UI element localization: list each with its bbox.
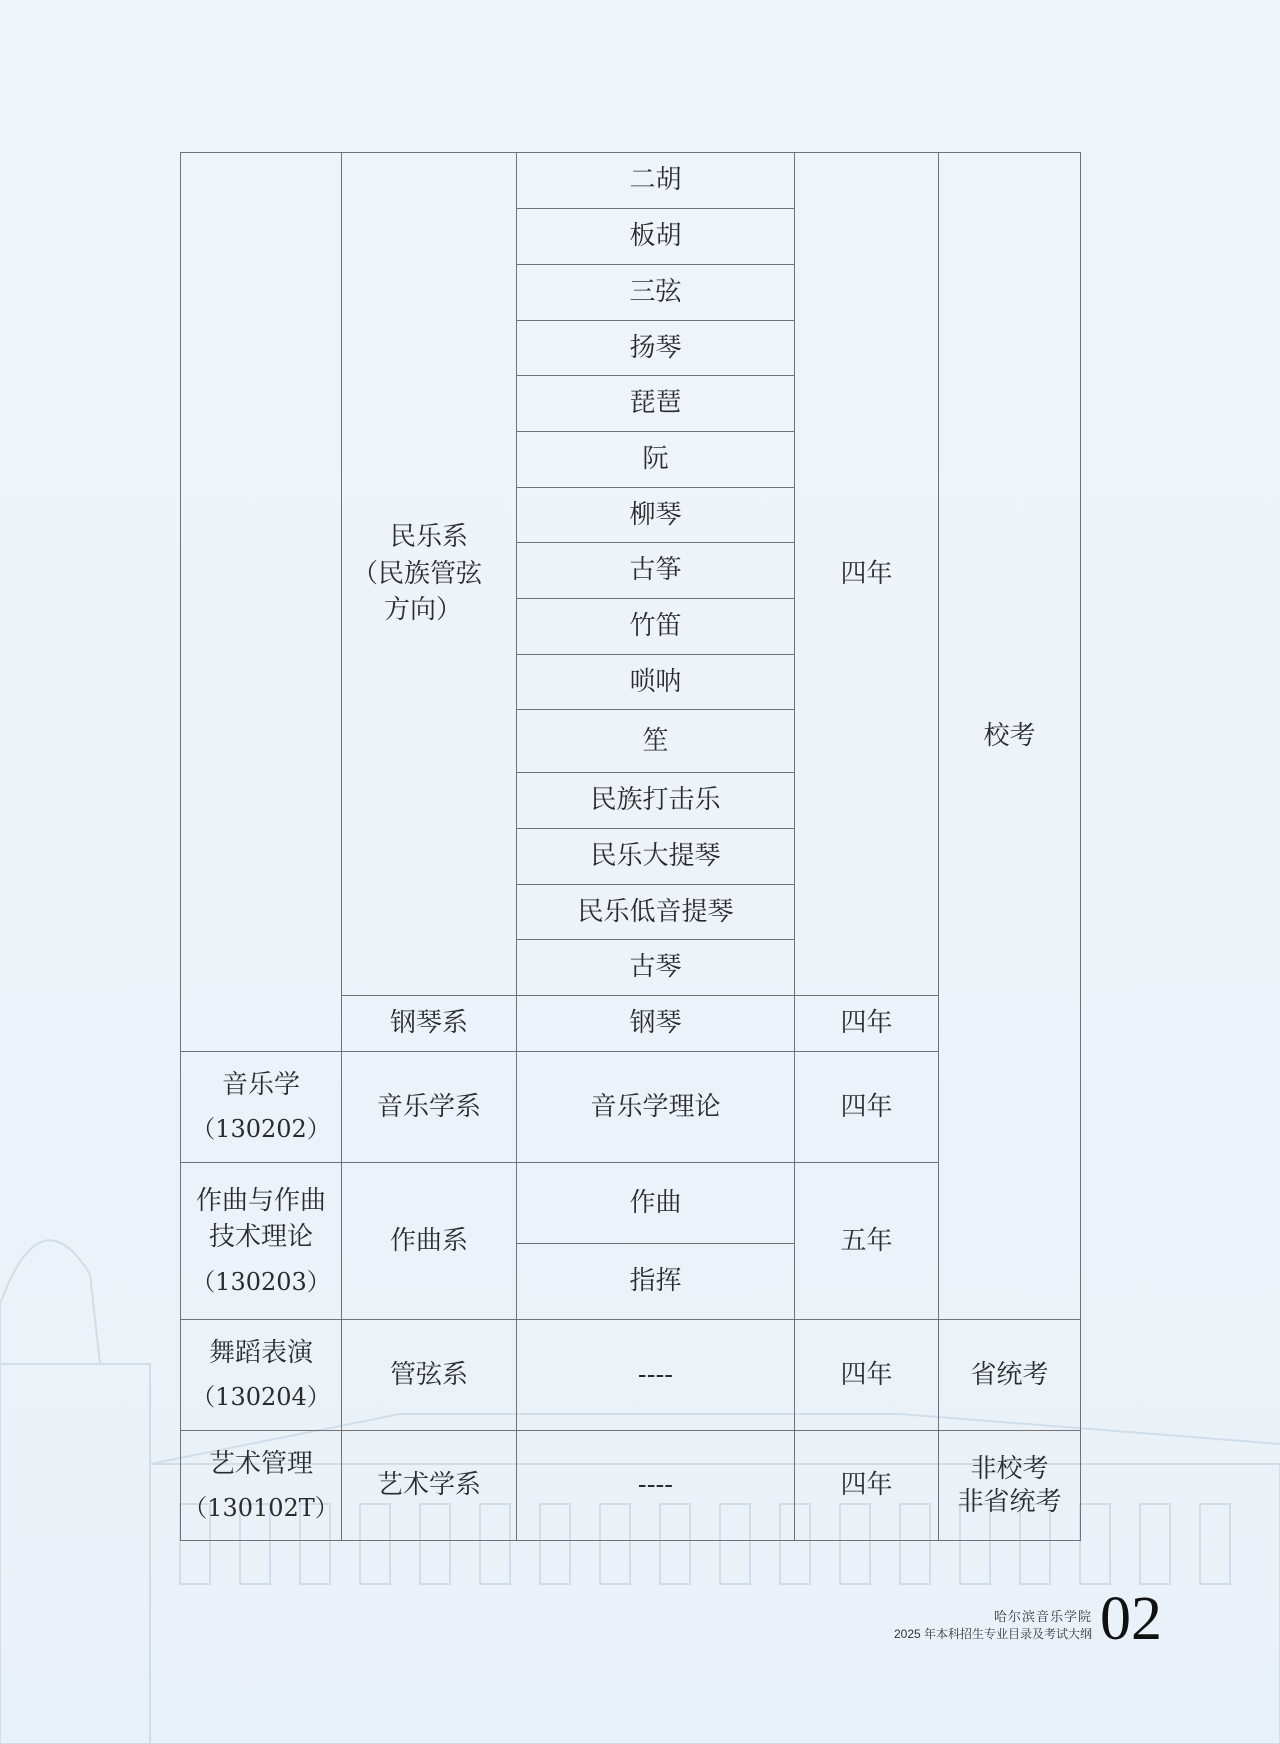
duration-cell: 五年 (795, 1163, 939, 1320)
direction-cell: 古筝 (517, 543, 795, 599)
table-row: 民乐系 （民族管弦 方向） 二胡 四年 校考 (181, 153, 1081, 209)
dept-cell-folk: 民乐系 （民族管弦 方向） (342, 153, 517, 996)
duration-cell: 四年 (795, 1320, 939, 1431)
major-name: 舞蹈表演 (181, 1335, 341, 1371)
table-row: 舞蹈表演 （130204） 管弦系 ---- 四年 省统考 (181, 1320, 1081, 1431)
direction-cell: 琵琶 (517, 376, 795, 432)
major-catalog-table: 民乐系 （民族管弦 方向） 二胡 四年 校考 板胡 三弦 扬琴 琵琶 阮 柳琴 … (180, 152, 1081, 1541)
major-name: 艺术管理 (181, 1446, 341, 1482)
direction-cell: 民乐低音提琴 (517, 885, 795, 940)
major-cell-empty (181, 153, 342, 1052)
dept-subtitle: 方向） (342, 592, 516, 628)
direction-cell: 三弦 (517, 265, 795, 321)
dept-subtitle: （民族管弦 (342, 556, 516, 592)
duration-cell: 四年 (795, 1431, 939, 1541)
direction-cell: ---- (517, 1320, 795, 1431)
direction-cell: 作曲 (517, 1163, 795, 1244)
dept-name: 民乐系 (342, 519, 516, 555)
direction-cell: 阮 (517, 432, 795, 488)
major-name: 作曲与作曲 (181, 1183, 341, 1219)
direction-cell: 民乐大提琴 (517, 829, 795, 885)
dept-cell: 音乐学系 (342, 1052, 517, 1163)
direction-cell: 音乐学理论 (517, 1052, 795, 1163)
major-code: （130203） (181, 1266, 341, 1300)
major-cell-composition: 作曲与作曲 技术理论 （130203） (181, 1163, 342, 1320)
direction-cell: 二胡 (517, 153, 795, 209)
direction-cell: 笙 (517, 710, 795, 773)
direction-cell: 指挥 (517, 1244, 795, 1320)
direction-cell: 钢琴 (517, 996, 795, 1052)
direction-cell: 民族打击乐 (517, 773, 795, 829)
dept-cell: 管弦系 (342, 1320, 517, 1431)
direction-cell: 柳琴 (517, 488, 795, 543)
page-footer: 哈尔滨音乐学院 2025 年本科招生专业目录及考试大纲 02 (894, 1592, 1162, 1648)
major-code: （130202） (181, 1113, 341, 1147)
dept-cell: 艺术学系 (342, 1431, 517, 1541)
direction-cell: 板胡 (517, 209, 795, 265)
exam-type-line: 非校考 (939, 1453, 1080, 1486)
direction-cell: 唢呐 (517, 655, 795, 710)
direction-cell: 古琴 (517, 940, 795, 996)
footer-subtitle: 2025 年本科招生专业目录及考试大纲 (894, 1625, 1092, 1642)
major-name: 音乐学 (181, 1067, 341, 1103)
major-cell-musicology: 音乐学 （130202） (181, 1052, 342, 1163)
exam-type-cell: 非校考 非省统考 (939, 1431, 1081, 1541)
major-cell-arts-mgmt: 艺术管理 （130102T） (181, 1431, 342, 1541)
duration-cell: 四年 (795, 996, 939, 1052)
dept-cell-piano: 钢琴系 (342, 996, 517, 1052)
exam-type-line: 非省统考 (939, 1486, 1080, 1519)
page-number: 02 (1100, 1592, 1162, 1648)
direction-cell: 扬琴 (517, 321, 795, 376)
table-row: 艺术管理 （130102T） 艺术学系 ---- 四年 非校考 非省统考 (181, 1431, 1081, 1541)
duration-cell: 四年 (795, 153, 939, 996)
major-name: 技术理论 (181, 1219, 341, 1255)
footer-school-name: 哈尔滨音乐学院 (894, 1606, 1092, 1625)
exam-type-cell: 校考 (939, 153, 1081, 1320)
direction-cell: ---- (517, 1431, 795, 1541)
exam-type-cell: 省统考 (939, 1320, 1081, 1431)
major-cell-dance: 舞蹈表演 （130204） (181, 1320, 342, 1431)
major-code: （130204） (181, 1381, 341, 1415)
direction-cell: 竹笛 (517, 599, 795, 655)
dept-cell: 作曲系 (342, 1163, 517, 1320)
footer-text: 哈尔滨音乐学院 2025 年本科招生专业目录及考试大纲 (894, 1606, 1092, 1648)
major-code: （130102T） (181, 1492, 341, 1526)
duration-cell: 四年 (795, 1052, 939, 1163)
